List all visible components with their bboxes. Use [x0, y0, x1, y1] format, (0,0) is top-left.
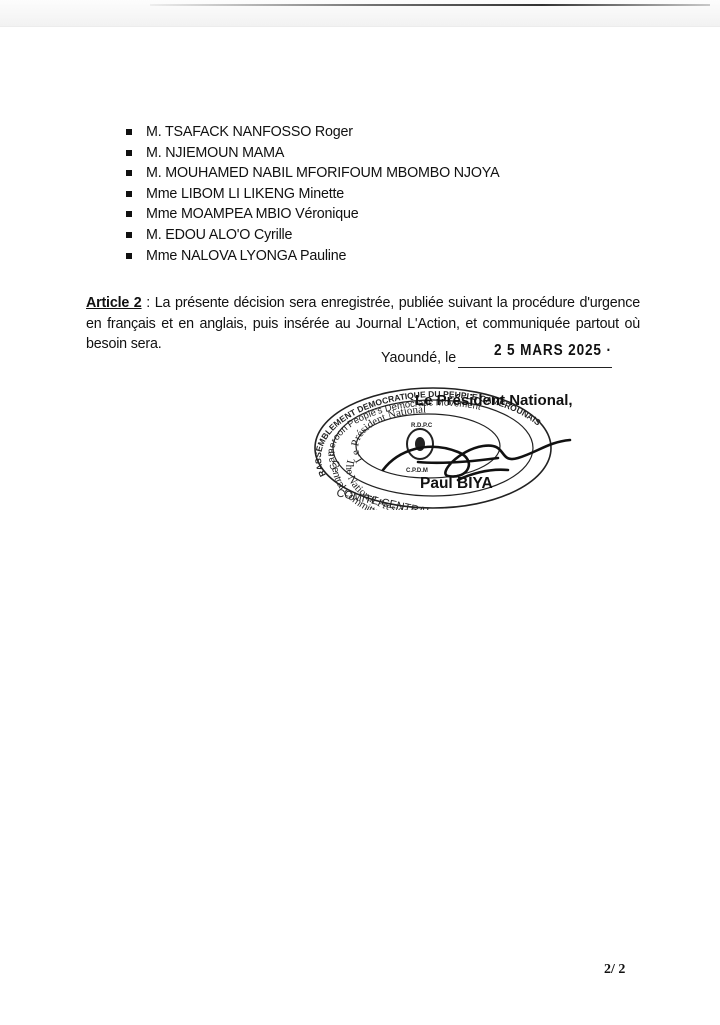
list-item: M. MOUHAMED NABIL MFORIFOUM MBOMBO NJOYA	[126, 163, 499, 184]
signatory-title: Le Président National,	[415, 392, 573, 409]
square-bullet-icon	[126, 150, 132, 156]
square-bullet-icon	[126, 253, 132, 259]
list-item: Mme LIBOM LI LIKENG Minette	[126, 184, 499, 205]
appointee-list: M. TSAFACK NANFOSSO Roger M. NJIEMOUN MA…	[126, 122, 499, 266]
list-item: M. NJIEMOUN MAMA	[126, 143, 499, 164]
signatory-name: Paul BIYA	[420, 475, 493, 493]
list-item: Mme NALOVA LYONGA Pauline	[126, 246, 499, 267]
square-bullet-icon	[126, 211, 132, 217]
svg-text:R.D.P.C: R.D.P.C	[411, 423, 433, 429]
handwritten-date: 2 5 MARS 2025 ·	[494, 342, 612, 360]
list-item: M. EDOU ALO'O Cyrille	[126, 225, 499, 246]
page-top-edge	[0, 0, 720, 27]
page-number: 2/ 2	[604, 962, 625, 978]
date-prefix: Yaoundé, le	[381, 350, 456, 366]
list-item: M. TSAFACK NANFOSSO Roger	[126, 122, 499, 143]
scan-edge-line	[150, 4, 710, 6]
article-label: Article 2	[86, 295, 142, 311]
square-bullet-icon	[126, 129, 132, 135]
square-bullet-icon	[126, 191, 132, 197]
square-bullet-icon	[126, 232, 132, 238]
svg-text:C.P.D.M: C.P.D.M	[406, 468, 428, 474]
svg-text:✫: ✫	[328, 448, 336, 458]
square-bullet-icon	[126, 170, 132, 176]
list-item: Mme MOAMPEA MBIO Véronique	[126, 204, 499, 225]
